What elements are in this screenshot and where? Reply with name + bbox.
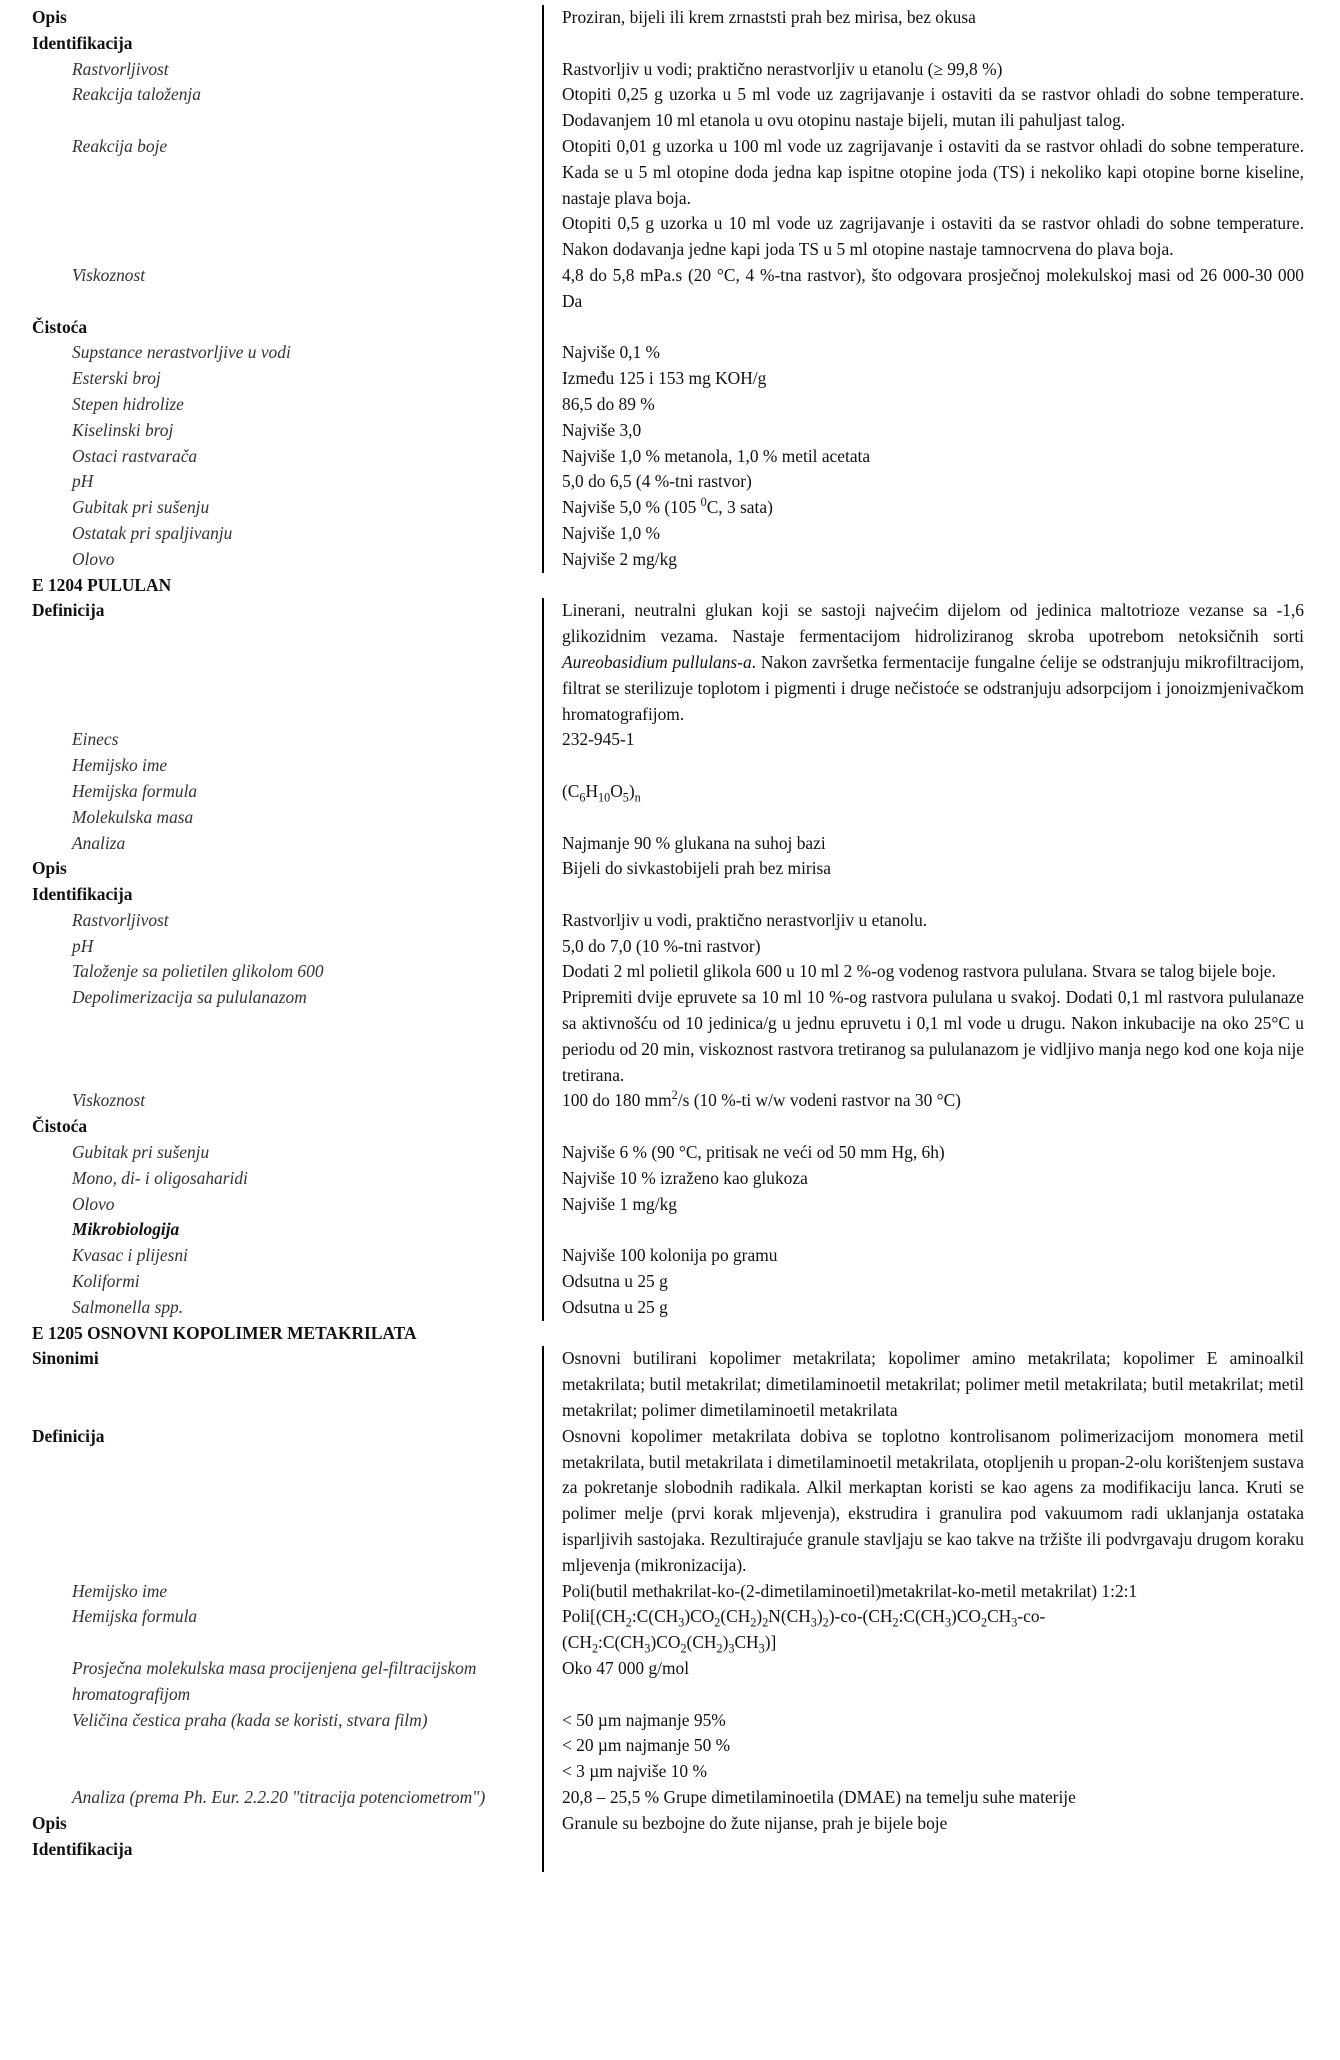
row-value	[542, 753, 1304, 779]
spec-row: Gubitak pri sušenjuNajviše 6 % (90 °C, p…	[0, 1140, 1340, 1166]
spec-row: Kiselinski brojNajviše 3,0	[0, 418, 1340, 444]
spec-row: AnalizaNajmanje 90 % glukana na suhoj ba…	[0, 831, 1340, 857]
row-label: Viskoznost	[0, 263, 542, 315]
document-page: OpisProziran, bijeli ili krem zrnaststi …	[0, 0, 1340, 1872]
row-value: Odsutna u 25 g	[542, 1269, 1304, 1295]
row-label: Analiza (prema Ph. Eur. 2.2.20 "titracij…	[0, 1785, 542, 1811]
row-label: Hemijska formula	[0, 779, 542, 805]
section-title: E 1205 OSNOVNI KOPOLIMER METAKRILATA	[0, 1321, 1000, 1347]
row-value: 100 do 180 mm2/s (10 %-ti w/w vodeni ras…	[542, 1088, 1304, 1114]
spec-row: OpisGranule su bezbojne do žute nijanse,…	[0, 1811, 1340, 1837]
row-label: Gubitak pri sušenju	[0, 495, 542, 521]
spec-row: RastvorljivostRastvorljiv u vodi; prakti…	[0, 57, 1340, 83]
row-value: Najmanje 90 % glukana na suhoj bazi	[542, 831, 1304, 857]
spec-row: Ostatak pri spaljivanjuNajviše 1,0 %	[0, 521, 1340, 547]
formula-line-2: (CH2:C(CH3)CO2(CH2)3CH3)]	[562, 1630, 1304, 1656]
row-value: 5,0 do 6,5 (4 %-tni rastvor)	[542, 469, 1304, 495]
row-value: Rastvorljiv u vodi, praktično nerastvorl…	[542, 908, 1304, 934]
row-label	[0, 211, 542, 263]
row-value	[542, 31, 1304, 57]
row-value	[542, 805, 1304, 831]
row-label: Hemijsko ime	[0, 753, 542, 779]
row-value: Osnovni kopolimer metakrilata dobiva se …	[542, 1424, 1304, 1579]
row-value: 86,5 do 89 %	[542, 392, 1304, 418]
row-label: Molekulska masa	[0, 805, 542, 831]
spec-row: Analiza (prema Ph. Eur. 2.2.20 "titracij…	[0, 1785, 1340, 1811]
row-label: Opis	[0, 856, 542, 882]
spec-row: KoliformiOdsutna u 25 g	[0, 1269, 1340, 1295]
row-label: Rastvorljivost	[0, 57, 542, 83]
row-label: Kiselinski broj	[0, 418, 542, 444]
section-title: E 1204 PULULAN	[0, 573, 1000, 599]
row-label	[0, 1759, 542, 1785]
row-label: Reakcija boje	[0, 134, 542, 211]
row-label: Prosječna molekulska masa procijenjena g…	[0, 1656, 542, 1708]
molar-mass-row: Molekulska masa	[0, 805, 1340, 831]
section-title-row: E 1205 OSNOVNI KOPOLIMER METAKRILATA	[0, 1321, 1340, 1347]
row-value: 20,8 – 25,5 % Grupe dimetilaminoetila (D…	[542, 1785, 1304, 1811]
row-value: Otopiti 0,25 g uzorka u 5 ml vode uz zag…	[542, 82, 1304, 134]
row-label: Einecs	[0, 727, 542, 753]
row-label: Hemijsko ime	[0, 1579, 542, 1605]
spec-row: DefinicijaOsnovni kopolimer metakrilata …	[0, 1424, 1340, 1579]
row-label: Olovo	[0, 1192, 542, 1218]
row-value: < 20 µm najmanje 50 %	[542, 1733, 1304, 1759]
spec-row: Otopiti 0,5 g uzorka u 10 ml vode uz zag…	[0, 211, 1340, 263]
row-label: Definicija	[0, 1424, 542, 1579]
chemical-formula: (C6H10O5)n	[542, 779, 1304, 805]
row-label: Identifikacija	[0, 1837, 542, 1863]
row-value: Proziran, bijeli ili krem zrnaststi prah…	[542, 5, 1304, 31]
chemical-formula: Poli[(CH2:C(CH3)CO2(CH2)2N(CH3)2)-co-(CH…	[542, 1604, 1304, 1656]
row-value: Granule su bezbojne do žute nijanse, pra…	[542, 1811, 1304, 1837]
row-value: Najviše 2 mg/kg	[542, 547, 1304, 573]
row-label: Identifikacija	[0, 882, 542, 908]
row-value: Najviše 0,1 %	[542, 340, 1304, 366]
spec-row: Supstance nerastvorljive u vodiNajviše 0…	[0, 340, 1340, 366]
spec-row: OpisBijeli do sivkastobijeli prah bez mi…	[0, 856, 1340, 882]
row-label: Čistoća	[0, 315, 542, 341]
spec-row: Reakcija taloženjaOtopiti 0,25 g uzorka …	[0, 82, 1340, 134]
row-value	[542, 315, 1304, 341]
row-value: Poli(butil methakrilat-ko-(2-dimetilamin…	[542, 1579, 1304, 1605]
row-label: Ostaci rastvarača	[0, 444, 542, 470]
row-value: Oko 47 000 g/mol	[542, 1656, 1304, 1708]
row-value: 4,8 do 5,8 mPa.s (20 °C, 4 %-tna rastvor…	[542, 263, 1304, 315]
spec-row: Gubitak pri sušenjuNajviše 5,0 % (105 0C…	[0, 495, 1340, 521]
row-value: Rastvorljiv u vodi; praktično nerastvorl…	[542, 57, 1304, 83]
spec-row: pH5,0 do 6,5 (4 %-tni rastvor)	[0, 469, 1340, 495]
spec-row: Viskoznost4,8 do 5,8 mPa.s (20 °C, 4 %-t…	[0, 263, 1340, 315]
spec-row: Taloženje sa polietilen glikolom 600Doda…	[0, 959, 1340, 985]
row-label: Ostatak pri spaljivanju	[0, 521, 542, 547]
row-label: Koliformi	[0, 1269, 542, 1295]
row-value: Najviše 5,0 % (105 0C, 3 sata)	[542, 495, 1304, 521]
row-label: Veličina čestica praha (kada se koristi,…	[0, 1708, 542, 1734]
spec-row: < 3 µm najviše 10 %	[0, 1759, 1340, 1785]
row-value: Najviše 3,0	[542, 418, 1304, 444]
spec-row: Salmonella spp.Odsutna u 25 g	[0, 1295, 1340, 1321]
spec-row: Identifikacija	[0, 1837, 1340, 1863]
spec-row: Ostaci rastvaračaNajviše 1,0 % metanola,…	[0, 444, 1340, 470]
row-value: 232-945-1	[542, 727, 1304, 753]
spec-row: OlovoNajviše 1 mg/kg	[0, 1192, 1340, 1218]
row-label: Opis	[0, 5, 542, 31]
row-value: Odsutna u 25 g	[542, 1295, 1304, 1321]
row-label: Supstance nerastvorljive u vodi	[0, 340, 542, 366]
row-label: Hemijska formula	[0, 1604, 542, 1656]
section-e1204: E 1204 PULULAN Definicija Linerani, neut…	[0, 573, 1340, 1321]
spec-row: SinonimiOsnovni butilirani kopolimer met…	[0, 1346, 1340, 1423]
formula-line-1: Poli[(CH2:C(CH3)CO2(CH2)2N(CH3)2)-co-(CH…	[562, 1604, 1304, 1630]
row-value: Linerani, neutralni glukan koji se sasto…	[542, 598, 1304, 727]
row-label	[0, 1733, 542, 1759]
row-label: Mono, di- i oligosaharidi	[0, 1166, 542, 1192]
row-value: Osnovni butilirani kopolimer metakrilata…	[542, 1346, 1304, 1423]
spec-row: Esterski brojIzmeđu 125 i 153 mg KOH/g	[0, 366, 1340, 392]
spec-row: Čistoća	[0, 1114, 1340, 1140]
row-value: Najviše 1 mg/kg	[542, 1192, 1304, 1218]
row-label: Definicija	[0, 598, 542, 727]
chem-formula-row: Hemijska formula (C6H10O5)n	[0, 779, 1340, 805]
spec-row: Identifikacija	[0, 882, 1340, 908]
row-label: Rastvorljivost	[0, 908, 542, 934]
row-value: 5,0 do 7,0 (10 %-tni rastvor)	[542, 934, 1304, 960]
spec-row: RastvorljivostRastvorljiv u vodi, prakti…	[0, 908, 1340, 934]
row-label: Olovo	[0, 547, 542, 573]
row-value	[542, 1217, 1304, 1243]
row-value: Otopiti 0,01 g uzorka u 100 ml vode uz z…	[542, 134, 1304, 211]
row-value: Otopiti 0,5 g uzorka u 10 ml vode uz zag…	[542, 211, 1304, 263]
chem-formula-row: Hemijska formula Poli[(CH2:C(CH3)CO2(CH2…	[0, 1604, 1340, 1656]
spec-row: Prosječna molekulska masa procijenjena g…	[0, 1656, 1340, 1708]
einecs-row: Einecs 232-945-1	[0, 727, 1340, 753]
row-label: Sinonimi	[0, 1346, 542, 1423]
row-value: Najviše 1,0 % metanola, 1,0 % metil acet…	[542, 444, 1304, 470]
definition-row: Definicija Linerani, neutralni glukan ko…	[0, 598, 1340, 727]
row-label: Identifikacija	[0, 31, 542, 57]
spec-row: Mikrobiologija	[0, 1217, 1340, 1243]
row-label: Viskoznost	[0, 1088, 542, 1114]
chem-name-row: Hemijsko ime	[0, 753, 1340, 779]
row-value: Dodati 2 ml polietil glikola 600 u 10 ml…	[542, 959, 1304, 985]
row-label: Taloženje sa polietilen glikolom 600	[0, 959, 542, 985]
row-value: Najviše 6 % (90 °C, pritisak ne veći od …	[542, 1140, 1304, 1166]
row-label: Depolimerizacija sa pululanazom	[0, 985, 542, 1088]
spec-row: Čistoća	[0, 315, 1340, 341]
row-label: Stepen hidrolize	[0, 392, 542, 418]
spec-row: Kvasac i plijesniNajviše 100 kolonija po…	[0, 1243, 1340, 1269]
species-name: Aureobasidium pullulans-a	[562, 652, 752, 672]
viscosity-row: Viskoznost 100 do 180 mm2/s (10 %-ti w/w…	[0, 1088, 1340, 1114]
row-value	[542, 1837, 1304, 1863]
spec-row: Identifikacija	[0, 31, 1340, 57]
row-value	[542, 882, 1304, 908]
row-value: Najviše 100 kolonija po gramu	[542, 1243, 1304, 1269]
section-e1205: E 1205 OSNOVNI KOPOLIMER METAKRILATA Sin…	[0, 1321, 1340, 1873]
spec-row: Veličina čestica praha (kada se koristi,…	[0, 1708, 1340, 1734]
row-value: Pripremiti dvije epruvete sa 10 ml 10 %-…	[542, 985, 1304, 1088]
row-value: < 3 µm najviše 10 %	[542, 1759, 1304, 1785]
row-value	[542, 1114, 1304, 1140]
row-label: Mikrobiologija	[0, 1217, 542, 1243]
section-continued: OpisProziran, bijeli ili krem zrnaststi …	[0, 0, 1340, 573]
spec-row: pH5,0 do 7,0 (10 %-tni rastvor)	[0, 934, 1340, 960]
row-label: Esterski broj	[0, 366, 542, 392]
row-value: Najviše 10 % izraženo kao glukoza	[542, 1166, 1304, 1192]
spec-row: Reakcija bojeOtopiti 0,01 g uzorka u 100…	[0, 134, 1340, 211]
spec-row: OlovoNajviše 2 mg/kg	[0, 547, 1340, 573]
spec-row: Hemijsko imePoli(butil methakrilat-ko-(2…	[0, 1579, 1340, 1605]
row-label: Opis	[0, 1811, 542, 1837]
spec-row: OpisProziran, bijeli ili krem zrnaststi …	[0, 5, 1340, 31]
row-value: Između 125 i 153 mg KOH/g	[542, 366, 1304, 392]
row-label: Analiza	[0, 831, 542, 857]
spec-row: < 20 µm najmanje 50 %	[0, 1733, 1340, 1759]
row-value: Bijeli do sivkastobijeli prah bez mirisa	[542, 856, 1304, 882]
row-label: pH	[0, 934, 542, 960]
row-label: Reakcija taloženja	[0, 82, 542, 134]
row-value: < 50 µm najmanje 95%	[542, 1708, 1304, 1734]
row-label: Salmonella spp.	[0, 1295, 542, 1321]
row-label: Čistoća	[0, 1114, 542, 1140]
rule-tail	[0, 1862, 1340, 1872]
spec-row: Depolimerizacija sa pululanazomPripremit…	[0, 985, 1340, 1088]
row-label: pH	[0, 469, 542, 495]
spec-row: Stepen hidrolize86,5 do 89 %	[0, 392, 1340, 418]
row-label: Kvasac i plijesni	[0, 1243, 542, 1269]
spec-row: Mono, di- i oligosaharidiNajviše 10 % iz…	[0, 1166, 1340, 1192]
row-label: Gubitak pri sušenju	[0, 1140, 542, 1166]
section-title-row: E 1204 PULULAN	[0, 573, 1340, 599]
row-value: Najviše 1,0 %	[542, 521, 1304, 547]
